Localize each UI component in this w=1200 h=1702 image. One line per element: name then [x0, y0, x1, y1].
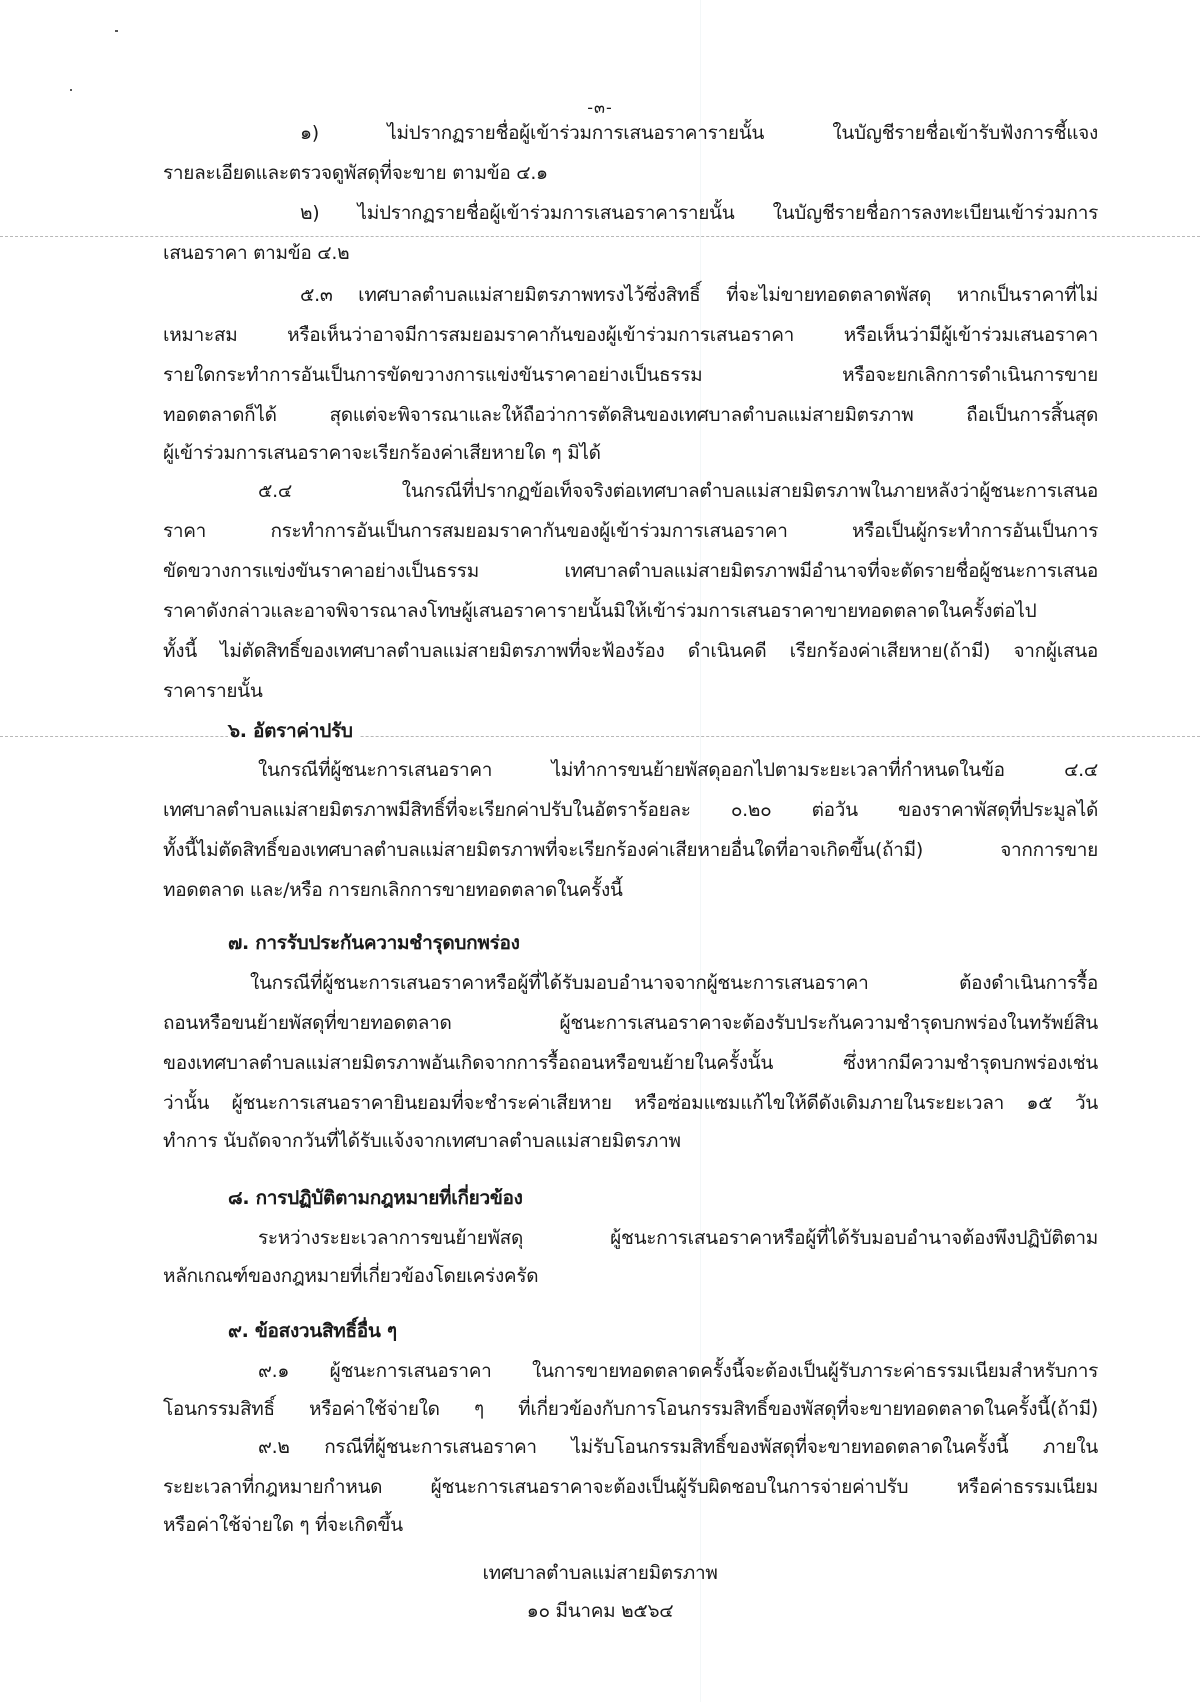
item5-4-line1: ๕.๔ ในกรณีที่ปรากฏข้อเท็จจริงต่อเทศบาลตำ…	[258, 478, 1098, 504]
section-8-line1: ระหว่างระยะเวลาการขนย้ายพัสดุ ผู้ชนะการเ…	[258, 1225, 1098, 1251]
item2-line2: เสนอราคา ตามข้อ ๔.๒	[163, 240, 349, 266]
item9-1-line2: โอนกรรมสิทธิ์ หรือค่าใช้จ่ายใด ๆ ที่เกี่…	[163, 1396, 1098, 1422]
item5-4-line2: ราคา กระทำการอันเป็นการสมยอมราคากันของผู…	[163, 518, 1098, 544]
item1-line2: รายละเอียดและตรวจดูพัสดุที่จะขาย ตามข้อ …	[163, 160, 548, 186]
section-7-line2: ถอนหรือขนย้ายพัสดุที่ขายทอดตลาด ผู้ชนะกา…	[163, 1010, 1098, 1036]
section-8-line2: หลักเกณฑ์ของกฎหมายที่เกี่ยวข้องโดยเคร่งค…	[163, 1263, 538, 1289]
section-6-line1: ในกรณีที่ผู้ชนะการเสนอราคา ไม่ทำการขนย้า…	[258, 757, 1098, 783]
scan-speck	[70, 89, 72, 91]
item5-4-line3: ขัดขวางการแข่งขันราคาอย่างเป็นธรรม เทศบา…	[163, 558, 1098, 584]
scan-speck	[115, 30, 118, 32]
item2-line1: ๒) ไม่ปรากฏรายชื่อผู้เข้าร่วมการเสนอราคา…	[300, 200, 1098, 226]
scan-artifact-line	[0, 236, 1200, 237]
page-number: -๓-	[0, 96, 1200, 121]
section-6-line3: ทั้งนี้ไม่ตัดสิทธิ์ของเทศบาลตำบลแม่สายมิ…	[163, 837, 1098, 863]
item9-2-line3: หรือค่าใช้จ่ายใด ๆ ที่จะเกิดขึ้น	[163, 1512, 403, 1538]
item5-4-line5: ทั้งนี้ ไม่ตัดสิทธิ์ของเทศบาลตำบลแม่สายม…	[163, 638, 1098, 664]
item1-line1: ๑) ไม่ปรากฏรายชื่อผู้เข้าร่วมการเสนอราคา…	[300, 120, 1098, 146]
item9-2-line2: ระยะเวลาที่กฎหมายกำหนด ผู้ชนะการเสนอราคา…	[163, 1474, 1098, 1500]
section-7-line3: ของเทศบาลตำบลแม่สายมิตรภาพอันเกิดจากการร…	[163, 1050, 1098, 1076]
section-6-line4: ทอดตลาด และ/หรือ การยกเลิกการขายทอดตลาดใ…	[163, 877, 623, 903]
item5-4-line6: ราคารายนั้น	[163, 678, 263, 704]
document-page: -๓- ๑) ไม่ปรากฏรายชื่อผู้เข้าร่วมการเสนอ…	[0, 0, 1200, 1702]
signature-organization: เทศบาลตำบลแม่สายมิตรภาพ	[0, 1560, 1200, 1586]
scan-artifact-line	[0, 736, 1200, 737]
section-7-line1: ในกรณีที่ผู้ชนะการเสนอราคาหรือผู้ที่ได้ร…	[250, 970, 1098, 996]
section-7-heading: ๗. การรับประกันความชำรุดบกพร่อง	[228, 930, 520, 956]
section-6-heading: ๖. อัตราค่าปรับ	[228, 718, 359, 744]
section-7-line5: ทำการ นับถัดจากวันที่ได้รับแจ้งจากเทศบาล…	[163, 1128, 681, 1154]
item5-3-line1: ๕.๓ เทศบาลตำบลแม่สายมิตรภาพทรงไว้ซึ่งสิท…	[300, 282, 1098, 308]
item5-3-line3: รายใดกระทำการอันเป็นการขัดขวางการแข่งขัน…	[163, 362, 1098, 388]
item5-3-line5: ผู้เข้าร่วมการเสนอราคาจะเรียกร้องค่าเสีย…	[163, 440, 601, 466]
item5-3-line4: ทอดตลาดก็ได้ สุดแต่จะพิจารณาและให้ถือว่า…	[163, 402, 1098, 428]
item5-3-line2: เหมาะสม หรือเห็นว่าอาจมีการสมยอมราคากันข…	[163, 322, 1098, 348]
item9-2-line1: ๙.๒ กรณีที่ผู้ชนะการเสนอราคา ไม่รับโอนกร…	[258, 1434, 1098, 1460]
section-6-line2: เทศบาลตำบลแม่สายมิตรภาพมีสิทธิ์ที่จะเรีย…	[163, 797, 1098, 823]
section-7-line4: ว่านั้น ผู้ชนะการเสนอราคายินยอมที่จะชำระ…	[163, 1090, 1098, 1116]
section-8-heading: ๘. การปฏิบัติตามกฎหมายที่เกี่ยวข้อง	[228, 1185, 523, 1211]
signature-date: ๑๐ มีนาคม ๒๕๖๔	[0, 1598, 1200, 1624]
section-9-heading: ๙. ข้อสงวนสิทธิ์อื่น ๆ	[228, 1318, 397, 1344]
item5-4-line4: ราคาดังกล่าวและอาจพิจารณาลงโทษผู้เสนอราค…	[163, 598, 1098, 624]
item9-1-line1: ๙.๑ ผู้ชนะการเสนอราคา ในการขายทอดตลาดครั…	[258, 1358, 1098, 1384]
